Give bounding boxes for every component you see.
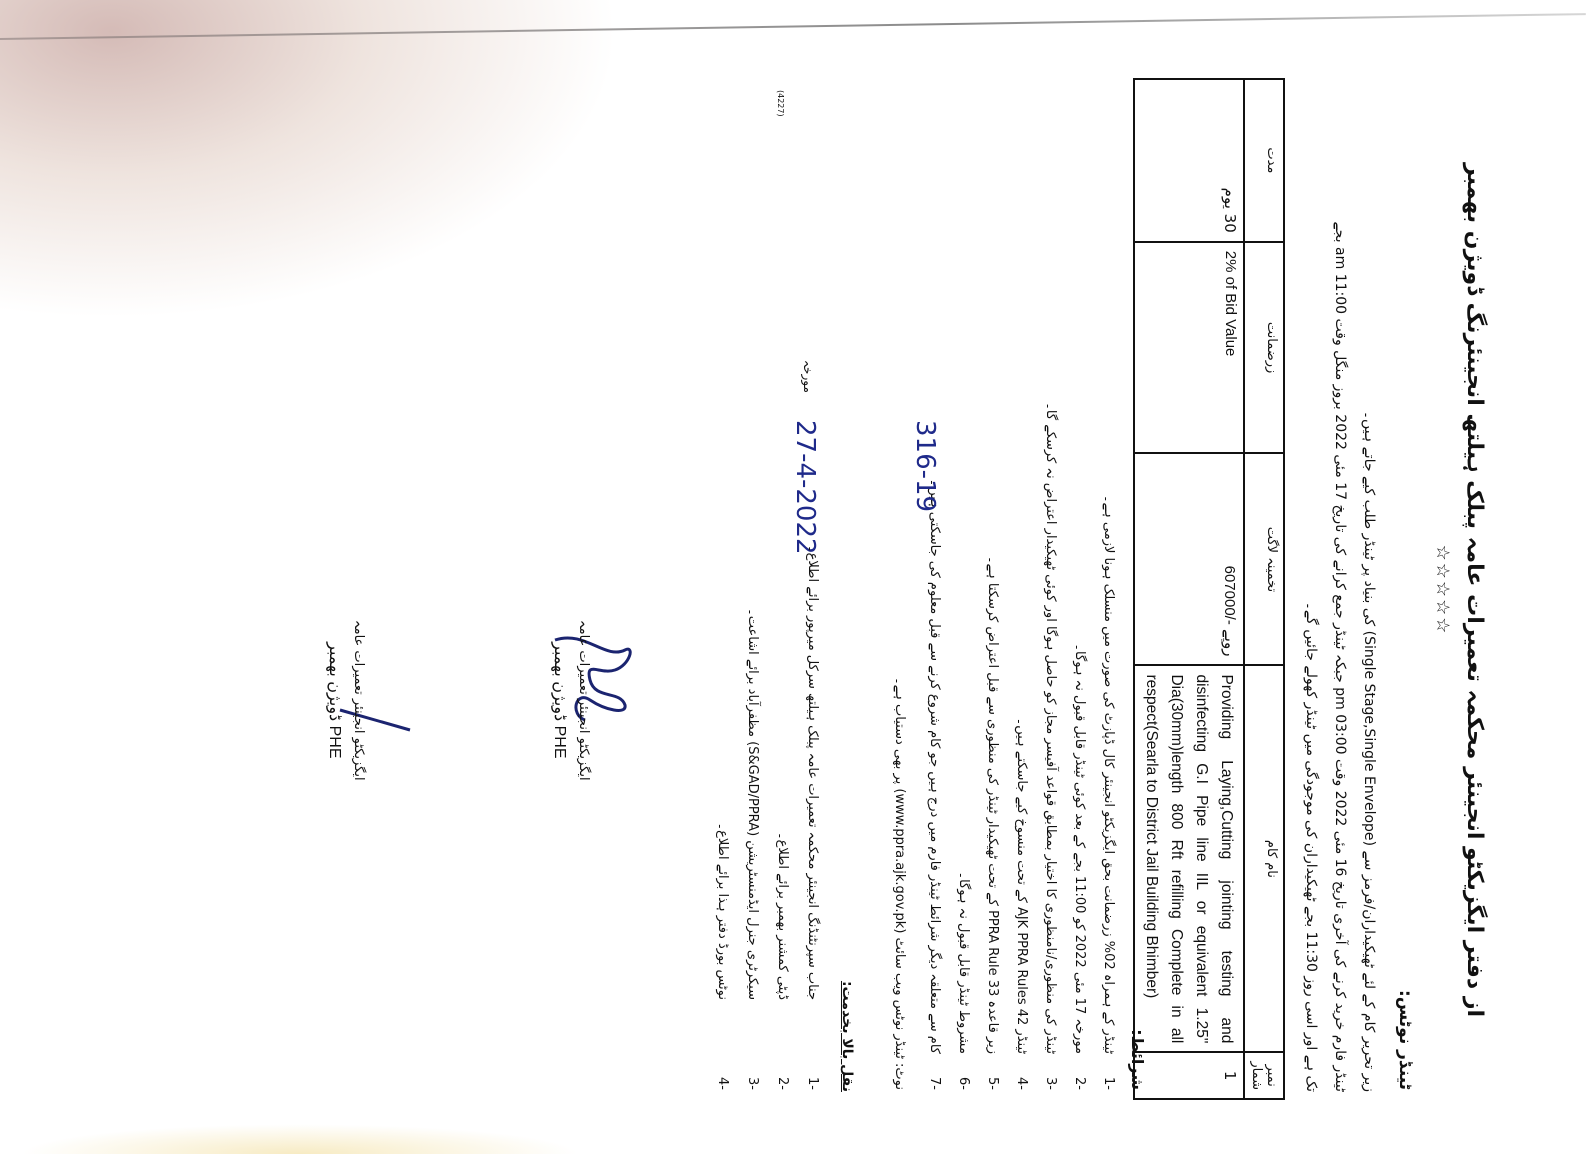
- tender-table: نمبر شمار نام کام تخمینہ لاگت زرضمانت مد…: [1133, 78, 1285, 1100]
- star-ornament-icon: ☆☆☆☆☆: [1432, 60, 1453, 1120]
- list-item: -3ٹینڈر کی منظوری/نامنظوری کا اختیار بمط…: [1036, 100, 1065, 1090]
- cc-title: نقل بالا بخدمت:: [839, 981, 855, 1092]
- list-item: -5زیر قاعدہ PPRA Rule 33 کے تحت ٹھیکیدار…: [978, 100, 1007, 1090]
- cc-list: -1جناب سپرنٹنڈنگ انجینئر محکمہ تعمیرات ع…: [707, 545, 827, 1090]
- cell-work: Providing Laying,Cutting jointing testin…: [1134, 665, 1244, 1052]
- header-earnest-money: زرضمانت: [1244, 242, 1284, 454]
- paper-fold-line: [0, 13, 1586, 40]
- list-item: -1جناب سپرنٹنڈنگ انجینئر محکمہ تعمیرات ع…: [797, 545, 827, 1090]
- intro-line: زیر تحریر کام کے لئے ٹھیکیداران/فرمز سے …: [1354, 88, 1383, 1092]
- reference-number: 316-19: [910, 420, 940, 512]
- intro-line: ٹینڈر فارم خرید کرنے کی آخری تاریخ 16 مئ…: [1325, 88, 1354, 1092]
- date-label: مورخہ: [801, 360, 815, 393]
- table-row: 1 Providing Laying,Cutting jointing test…: [1134, 79, 1244, 1099]
- tender-notice-page: از دفتر ایگزیکٹو انجینئر محکمہ تعمیرات ع…: [165, 60, 1495, 1120]
- signatory-block: ایگزیکٹو انجینئر تعمیرات عامہ PHE ڈویژن …: [547, 620, 595, 781]
- cell-earnest-money: 2% of Bid Value: [1134, 242, 1244, 454]
- cell-cost: 607000/- روپے: [1134, 453, 1244, 665]
- list-item: -4نوٹس بورڈ دفتر ہذا برائے اطلاع۔: [707, 545, 737, 1090]
- notice-label: ٹینڈر نوٹس:: [1395, 990, 1415, 1090]
- list-item: -7کام سے متعلقہ دیگر شرائط ٹینڈر فارم می…: [920, 100, 949, 1090]
- header-cost: تخمینہ لاگت: [1244, 453, 1284, 665]
- header-work: نام کام: [1244, 665, 1284, 1052]
- office-heading: از دفتر ایگزیکٹو انجینئر محکمہ تعمیرات ع…: [1462, 60, 1487, 1120]
- handwritten-date: 27-4-2022: [790, 420, 820, 555]
- table-header-row: نمبر شمار نام کام تخمینہ لاگت زرضمانت مد…: [1244, 79, 1284, 1099]
- header-duration: مدت: [1244, 79, 1284, 242]
- list-item: -4ٹینڈر AJK PPRA Rules 42 کے تحت منسوخ ک…: [1007, 100, 1036, 1090]
- conditions-list: -1ٹینڈر کے ہمراہ 02% زرضمانت بحق ایگزیکٹ…: [920, 100, 1123, 1090]
- intro-line: تک ہے اور اسی روز 11:30 بجے ٹھیکیداران ک…: [1296, 88, 1325, 1092]
- cell-duration: 30 یوم: [1134, 79, 1244, 242]
- list-item: -6مشروط ٹینڈر قابل قبول نہ ہوگا۔: [949, 100, 978, 1090]
- cell-serial: 1: [1134, 1052, 1244, 1099]
- form-code: (4227): [776, 90, 785, 117]
- list-item: -3سیکرٹری جنرل ایڈمنسٹریشن (S&GAD/PPRA) …: [737, 545, 767, 1090]
- conditions-title: شرائط:: [1128, 1029, 1147, 1090]
- list-item: -2ڈپٹی کمشنر بھمبر برائے اطلاع۔: [767, 545, 797, 1090]
- signatory-block: ایگزیکٹو انجینئر تعمیرات عامہ PHE ڈویژن …: [322, 620, 370, 781]
- header-serial: نمبر شمار: [1244, 1052, 1284, 1099]
- photo-shadow-bottom: [20, 1124, 580, 1154]
- list-item: -1ٹینڈر کے ہمراہ 02% زرضمانت بحق ایگزیکٹ…: [1094, 100, 1123, 1090]
- intro-paragraph: زیر تحریر کام کے لئے ٹھیکیداران/فرمز سے …: [1296, 88, 1383, 1092]
- list-item: -2مورخہ 17 مئی 2022 کو 11:00 بجے کے بعد …: [1065, 100, 1094, 1090]
- website-note: نوٹ: ٹینڈر نوٹس ویب سائٹ (www.ppra.ajk.g…: [892, 677, 907, 1090]
